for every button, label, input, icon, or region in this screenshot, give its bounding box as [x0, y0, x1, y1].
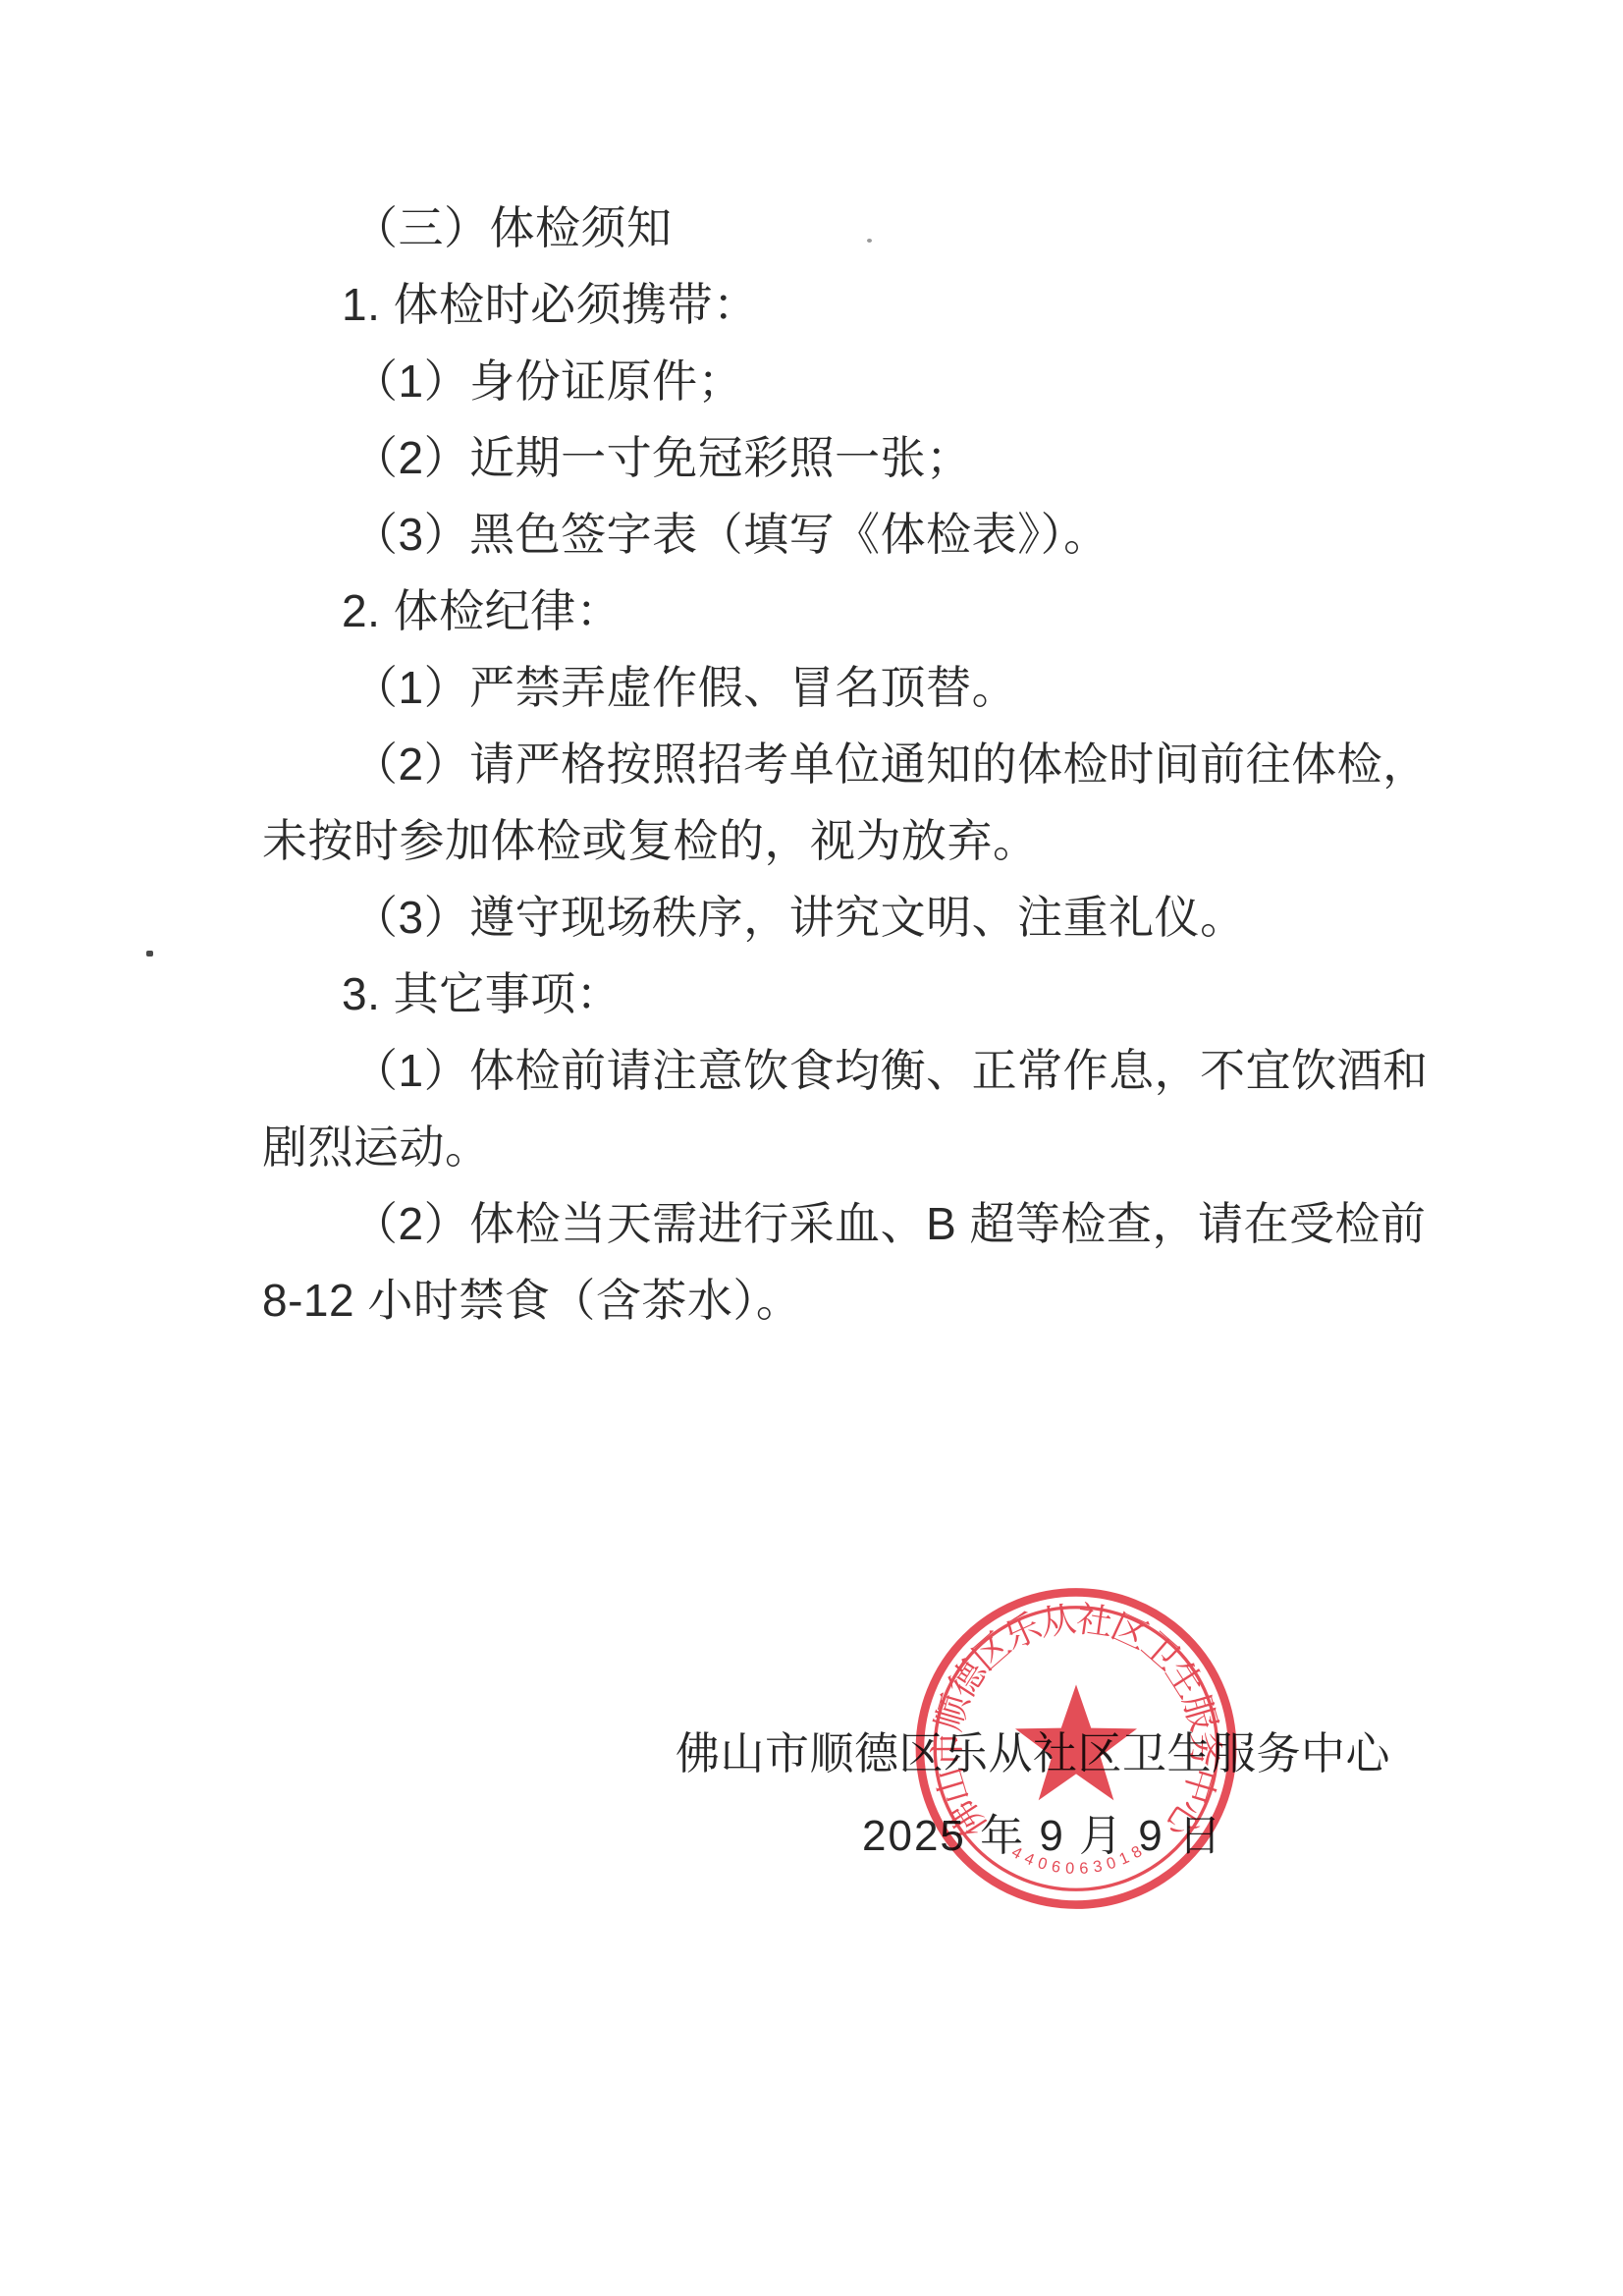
document-line: 8-12 小时禁食（含茶水）。	[262, 1262, 1401, 1339]
document-line: （1）体检前请注意饮食均衡、正常作息，不宜饮酒和	[262, 1032, 1401, 1109]
scan-speck	[146, 951, 153, 957]
scan-speck	[867, 239, 872, 243]
document-page: （三）体检须知 1. 体检时必须携带： （1）身份证原件； （2）近期一寸免冠彩…	[0, 0, 1623, 2296]
document-line: （1）身份证原件；	[262, 343, 1401, 419]
document-body: （三）体检须知 1. 体检时必须携带： （1）身份证原件； （2）近期一寸免冠彩…	[262, 190, 1401, 1339]
document-line: 剧烈运动。	[262, 1109, 1401, 1185]
document-line: （3）遵守现场秩序，讲究文明、注重礼仪。	[262, 879, 1401, 956]
issue-date: 2025 年 9 月 9 日	[862, 1800, 1223, 1863]
document-line: （2）体检当天需进行采血、B 超等检查，请在受检前	[262, 1185, 1401, 1262]
document-line: （三）体检须知	[262, 190, 1401, 266]
document-line: 3. 其它事项：	[262, 956, 1401, 1032]
document-line: 2. 体检纪律：	[262, 573, 1401, 649]
document-line: 1. 体检时必须携带：	[262, 266, 1401, 343]
document-line: （2）近期一寸免冠彩照一张；	[262, 419, 1401, 496]
document-line: （1）严禁弄虚作假、冒名顶替。	[262, 649, 1401, 726]
document-line: 未按时参加体检或复检的，视为放弃。	[262, 802, 1401, 879]
document-line: （2）请严格按照招考单位通知的体检时间前往体检，	[262, 726, 1401, 802]
issuer-signature: 佛山市顺德区乐从社区卫生服务中心	[676, 1718, 1390, 1781]
document-line: （3）黑色签字表（填写《体检表》）。	[262, 496, 1401, 573]
